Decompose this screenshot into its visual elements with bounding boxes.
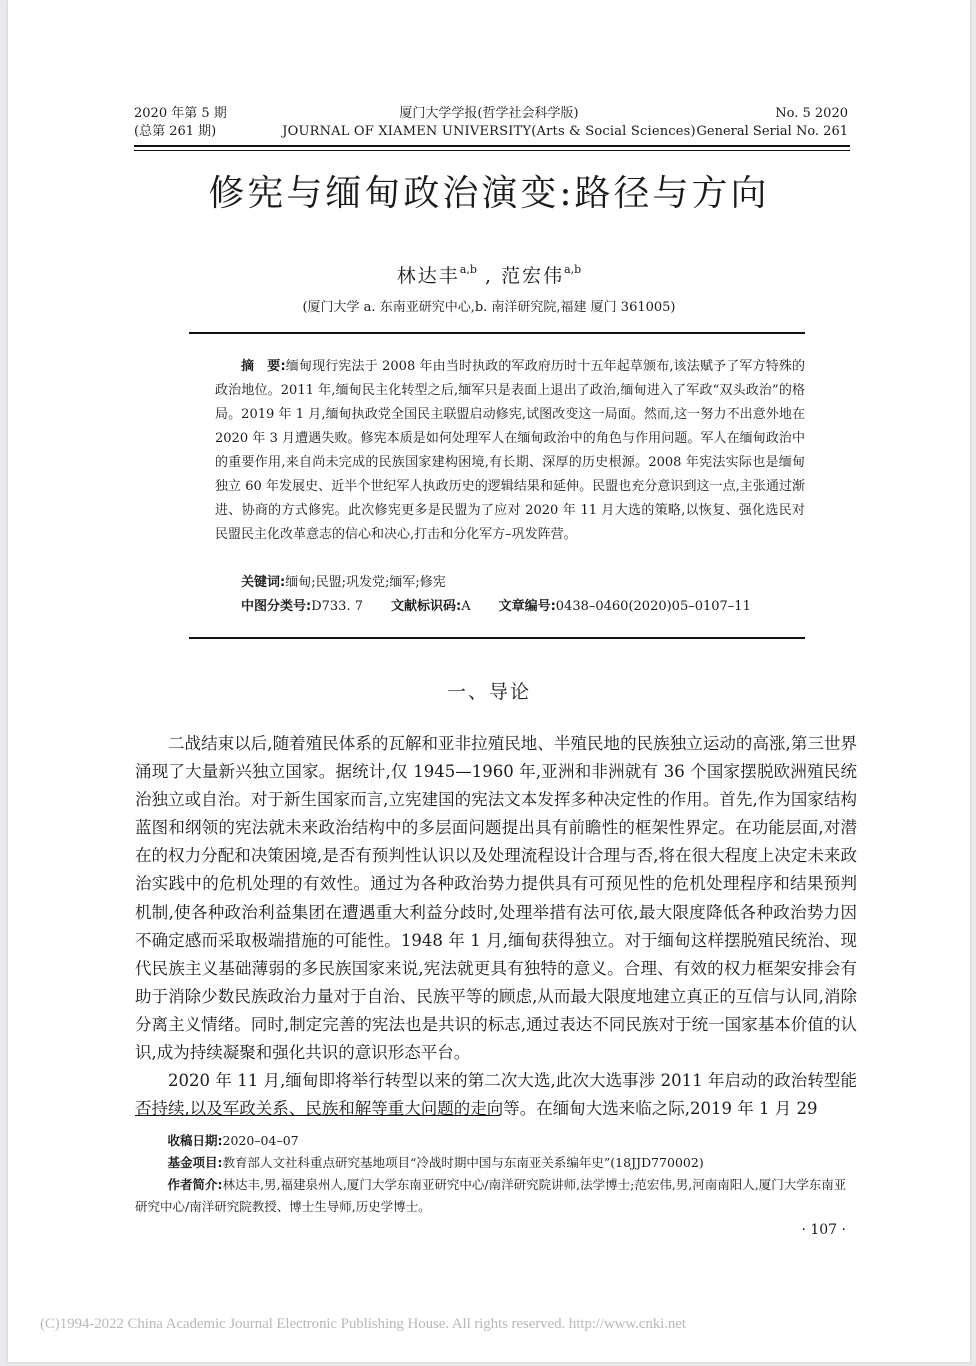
- footnotes: 收稿日期:2020–04–07 基金项目:教育部人文社科重点研究基地项目“冷战时…: [135, 1130, 857, 1218]
- keywords: 关键词:缅甸;民盟;巩发党;缅军;修宪: [215, 571, 805, 595]
- copyright-notice: (C)1994-2022 China Academic Journal Elec…: [40, 1316, 686, 1333]
- footnote-rule: [135, 1115, 500, 1116]
- author-separator: ,: [485, 265, 493, 287]
- article-title: 修宪与缅甸政治演变:路径与方向: [8, 170, 970, 218]
- issue-info-en: No. 5 2020 General Serial No. 261: [697, 105, 848, 141]
- footnote-funding: 基金项目:教育部人文社科重点研究基地项目“冷战时期中国与东南亚关系编年史”(18…: [135, 1152, 857, 1174]
- document-page: 2020 年第 5 期 (总第 261 期) 厦门大学学报(哲学社会科学版) J…: [8, 0, 970, 1362]
- body-text: 二战结束以后,随着殖民体系的瓦解和亚非拉殖民地、半殖民地的民族独立运动的高涨,第…: [135, 730, 857, 1123]
- clc-label: 中图分类号:: [241, 599, 311, 614]
- doc-code-label: 文献标识码:: [391, 599, 461, 614]
- author-affil-marker: a,b: [460, 263, 477, 276]
- issue-number-en: No. 5 2020: [697, 105, 848, 123]
- article-no-value: 0438–0460(2020)05–0107–11: [556, 599, 751, 614]
- abstract-bottom-rule: [189, 637, 805, 639]
- author-name: 林达丰: [397, 265, 460, 287]
- doc-code-value: A: [461, 599, 470, 614]
- header-rule-thin: [134, 150, 850, 151]
- affiliation: (厦门大学 a. 东南亚研究中心,b. 南洋研究院,福建 厦门 361005): [8, 298, 970, 318]
- abstract-label: 摘 要:: [241, 359, 286, 374]
- abstract: 摘 要:缅甸现行宪法于 2008 年由当时执政的军政府历时十五年起草颁布,该法赋…: [215, 355, 805, 547]
- classification-info: 中图分类号:D733. 7文献标识码:A文章编号:0438–0460(2020)…: [215, 595, 805, 619]
- page-number: · 107 ·: [801, 1220, 846, 1240]
- author-list: 林达丰a,b , 范宏伟a,b: [8, 256, 970, 290]
- keywords-label: 关键词:: [241, 575, 285, 590]
- body-paragraph: 二战结束以后,随着殖民体系的瓦解和亚非拉殖民地、半殖民地的民族独立运动的高涨,第…: [135, 730, 857, 1067]
- author-affil-marker: a,b: [564, 263, 581, 276]
- article-no-label: 文章编号:: [499, 599, 556, 614]
- abstract-top-rule: [189, 332, 805, 334]
- keywords-value: 缅甸;民盟;巩发党;缅军;修宪: [285, 575, 446, 590]
- footnote-received: 收稿日期:2020–04–07: [135, 1130, 857, 1152]
- clc-value: D733. 7: [311, 599, 363, 614]
- serial-number-en: General Serial No. 261: [697, 123, 848, 141]
- author-name: 范宏伟: [501, 265, 564, 287]
- header-rule-thick: [134, 145, 850, 147]
- abstract-text: 缅甸现行宪法于 2008 年由当时执政的军政府历时十五年起草颁布,该法赋予了军方…: [215, 359, 805, 542]
- section-heading: 一、导论: [8, 678, 970, 706]
- footnote-author-bio: 作者简介:林达丰,男,福建泉州人,厦门大学东南亚研究中心/南洋研究院讲师,法学博…: [135, 1174, 857, 1218]
